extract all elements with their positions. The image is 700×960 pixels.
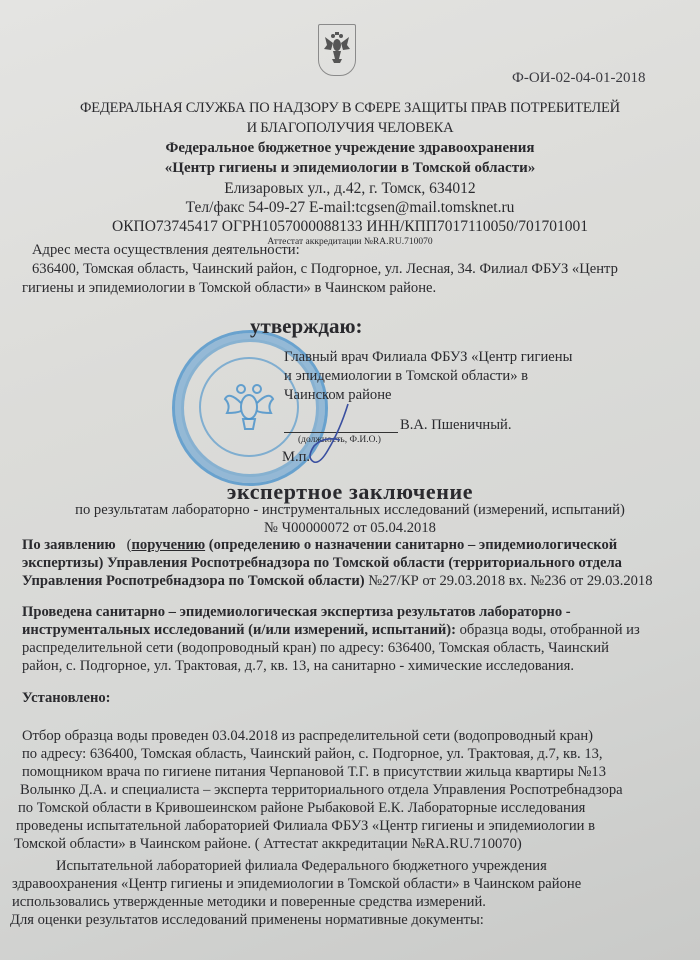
findings-line: Отбор образца воды проведен 03.04.2018 и…: [22, 728, 593, 745]
lab-paragraph-line1: Испытательной лабораторией филиала Федер…: [56, 858, 547, 875]
institution-name-line2: «Центр гигиены и эпидемиологии в Томской…: [0, 160, 700, 177]
approver-position-line1: Главный врач Филиала ФБУЗ «Центр гигиены: [284, 349, 572, 366]
examination-line2: инструментальных исследований (и/или изм…: [22, 622, 640, 639]
document-page: Ф-ОИ-02-04-01-2018 ФЕДЕРАЛЬНАЯ СЛУЖБА ПО…: [0, 0, 700, 960]
institution-codes: ОКПО73745417 ОГРН1057000088133 ИНН/КПП70…: [0, 218, 700, 236]
lab-paragraph-line3: использовались утвержденные методики и п…: [12, 894, 486, 911]
agency-name-line1: ФЕДЕРАЛЬНАЯ СЛУЖБА ПО НАДЗОРУ В СФЕРЕ ЗА…: [0, 100, 700, 117]
request-lead: По заявлению: [22, 537, 116, 553]
activity-address-line1: 636400, Томская область, Чаинский район,…: [32, 261, 618, 278]
findings-line: по Томской области в Кривошеинском район…: [18, 800, 585, 817]
findings-line: по адресу: 636400, Томская область, Чаин…: [22, 746, 603, 763]
request-line1-rest: (определению о назначении санитарно – эп…: [205, 537, 617, 553]
request-line3: Управления Роспотребнадзора по Томской о…: [22, 573, 653, 590]
findings-heading: Установлено:: [22, 690, 111, 707]
institution-name-line1: Федеральное бюджетное учреждение здравоо…: [0, 140, 700, 157]
findings-line: Томской области» в Чаинском районе. ( Ат…: [14, 836, 522, 853]
request-line1: По заявлению (поручению (определению о н…: [22, 537, 617, 554]
signature-icon: [300, 400, 360, 470]
activity-address-label: Адрес места осуществления деятельности:: [32, 242, 300, 259]
findings-line: Волынко Д.А. и специалиста – эксперта те…: [20, 782, 623, 799]
agency-name-line2: И БЛАГОПОЛУЧИЯ ЧЕЛОВЕКА: [0, 120, 700, 137]
examination-line4: район, с. Подгорное, ул. Трактовая, д.7,…: [22, 658, 574, 675]
request-line2: экспертизы) Управления Роспотребнадзора …: [22, 555, 622, 572]
request-line3-rest: №27/КР от 29.03.2018 вх. №236 от 29.03.2…: [365, 573, 653, 589]
examination-line2-rest: образца воды, отобранной из: [456, 622, 640, 638]
russian-coat-of-arms-icon: [318, 24, 356, 76]
examination-line2-bold: инструментальных исследований (и/или изм…: [22, 622, 456, 638]
institution-address: Елизаровых ул., д.42, г. Томск, 634012: [0, 180, 700, 198]
request-underlined: поручению: [132, 537, 206, 553]
activity-address-line2: гигиены и эпидемиологии в Томской област…: [22, 280, 436, 297]
findings-line: проведены испытательной лабораторией Фил…: [16, 818, 595, 835]
approval-heading: утверждаю:: [250, 314, 363, 339]
request-line3-bold: Управления Роспотребнадзора по Томской о…: [22, 573, 365, 589]
approver-name: В.А. Пшеничный.: [400, 417, 512, 434]
institution-contacts: Тел/факс 54-09-27 E-mail:tcgsen@mail.tom…: [0, 199, 700, 217]
lab-paragraph-line2: здравоохранения «Центр гигиены и эпидеми…: [12, 876, 581, 893]
findings-line: помощником врача по гигиене питания Черп…: [22, 764, 606, 781]
examination-line3: распределительной сети (водопроводный кр…: [22, 640, 609, 657]
normative-docs-line: Для оценки результатов исследований прим…: [10, 912, 484, 929]
conclusion-subtitle: по результатам лабораторно - инструмента…: [0, 502, 700, 519]
form-code: Ф-ОИ-02-04-01-2018: [512, 70, 646, 87]
approver-position-line2: и эпидемиологии в Томской области» в: [284, 368, 528, 385]
conclusion-number-date: № Ч00000072 от 05.04.2018: [0, 520, 700, 537]
examination-line1: Проведена санитарно – эпидемиологическая…: [22, 604, 571, 621]
